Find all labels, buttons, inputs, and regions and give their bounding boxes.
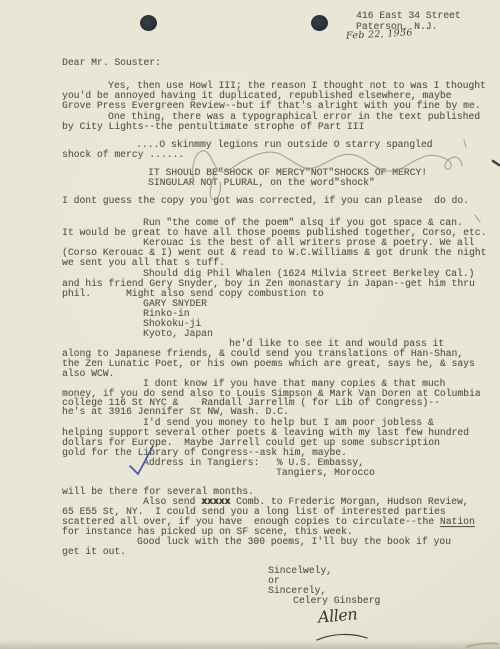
typed-line: I dont guess the copy you got was correc…	[62, 196, 469, 207]
underlined-word: Nation	[440, 516, 475, 527]
typed-line: Good luck with the 300 poems, I'll buy t…	[137, 537, 451, 548]
typed-line: the Zen Lunatic Poet, or his own poems w…	[62, 359, 475, 370]
bottom-corner-smudge	[466, 643, 498, 647]
punch-hole-left	[140, 15, 157, 31]
typed-line-address: Tangiers, Morocco	[276, 468, 375, 479]
typed-line: he's at 3916 Jennifer St NW, Wash. D.C.	[62, 407, 289, 418]
handwritten-signature: Allen	[317, 604, 358, 626]
punch-hole-right	[311, 15, 328, 31]
return-address-line1: 416 East 34 Street	[356, 11, 461, 22]
salutation: Dear Mr. Souster:	[62, 58, 161, 69]
page-edge-mark	[493, 161, 499, 165]
typed-line-correction: SINGULAR NOT PLURAL, on the word"shock"	[148, 178, 375, 189]
letter-page: 416 East 34 Street Paterson, N.J. Feb 22…	[0, 0, 500, 649]
typed-signature: Celery Ginsberg	[293, 596, 380, 607]
typed-line: Grove Press Evergreen Review--but if tha…	[62, 101, 481, 112]
handwritten-date: Feb 22, 1956	[346, 27, 413, 41]
typed-line: we sent you all that s tuff.	[62, 258, 225, 269]
typed-line-address: Kyoto, Japan	[143, 329, 213, 340]
signature-underline	[317, 634, 367, 640]
typed-line: by City Lights--the pentultimate strophe…	[62, 122, 364, 133]
typed-line-quote: shock of mercy ......	[62, 150, 184, 161]
typed-line: get it out.	[62, 547, 126, 558]
typed-line: also WCW.	[62, 369, 114, 380]
